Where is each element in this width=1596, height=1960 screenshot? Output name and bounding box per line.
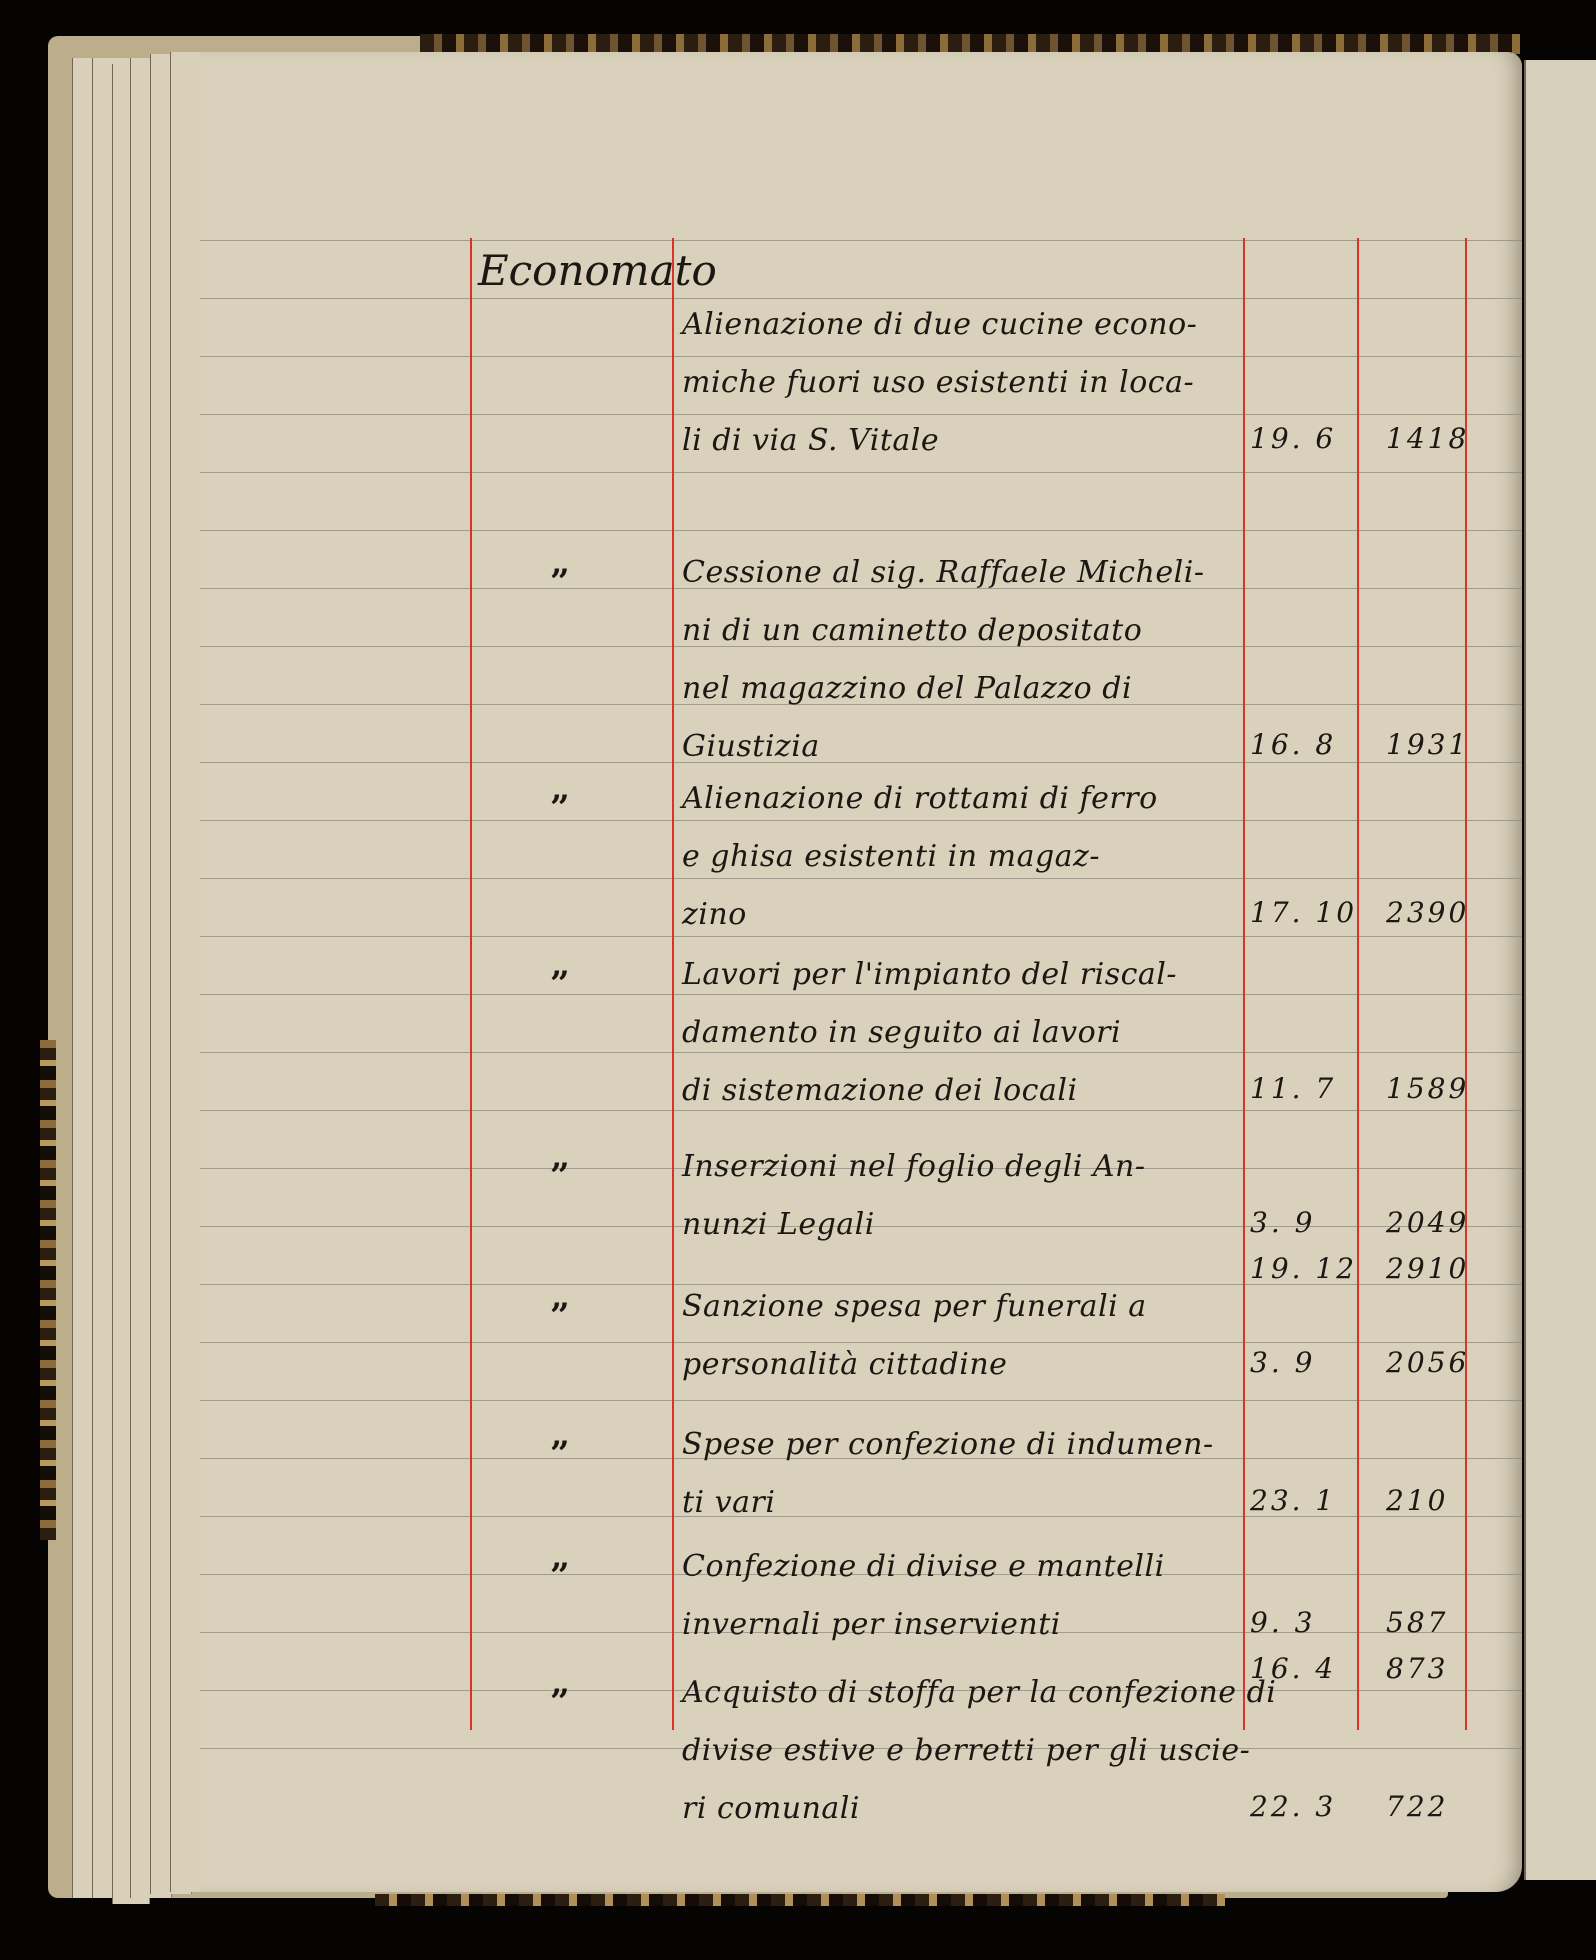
entry-description-line: invernali per inservienti [682,1596,1061,1654]
column-rule [470,238,472,1730]
column-rule [672,238,674,1730]
column-rule [1243,238,1245,1730]
entry-number: 2390 [1386,896,1469,929]
entry-number: 722 [1386,1790,1448,1823]
entry-description-line: Acquisto di stoffa per la confezione di [682,1664,1276,1722]
marbled-edge-bottom [375,1894,1225,1906]
ditto-mark: ” [550,1296,570,1336]
ditto-mark: ” [550,1682,570,1722]
entry-description-line: nel magazzino del Palazzo di [682,660,1132,718]
facing-page [1524,60,1596,1880]
entry-date: 3. 9 [1250,1206,1315,1239]
entry-description-line: Alienazione di rottami di ferro [682,770,1158,828]
entry-number: 587 [1386,1606,1448,1639]
entry-number: 1589 [1386,1072,1469,1105]
marbled-edge-left [40,1040,56,1540]
ditto-mark: ” [550,1434,570,1474]
ruled-line [200,530,1522,531]
entry-date: 3. 9 [1250,1346,1315,1379]
ruled-line [200,240,1522,241]
ruled-line [200,762,1522,763]
ditto-mark: ” [550,562,570,602]
entry-description-line: personalità cittadine [682,1336,1007,1394]
entry-description-line: divise estive e berretti per gli uscie- [682,1722,1250,1780]
ditto-mark: ” [550,1556,570,1596]
entry-description-line: Inserzioni nel foglio degli An- [682,1138,1145,1196]
entry-number: 2910 [1386,1252,1469,1285]
entry-date: 19. 6 [1250,422,1336,455]
entry-description-line: Alienazione di due cucine econo- [682,296,1197,354]
entry-description-line: Spese per confezione di indumen- [682,1416,1214,1474]
ruled-line [200,472,1522,473]
entry-description-line: nunzi Legali [682,1196,875,1254]
entry-description-line: e ghisa esistenti in magaz- [682,828,1100,886]
entry-description-line: ni di un caminetto depositato [682,602,1142,660]
entry-description-line: li di via S. Vitale [682,412,939,470]
entry-date: 11. 7 [1250,1072,1336,1105]
column-rule [1357,238,1359,1730]
entry-date: 9. 3 [1250,1606,1315,1639]
entry-description-line: Sanzione spesa per funerali a [682,1278,1147,1336]
entry-number: 1931 [1386,728,1469,761]
entry-description-line: ri comunali [682,1780,860,1838]
entry-date: 22. 3 [1250,1790,1336,1823]
entry-number: 2049 [1386,1206,1469,1239]
ditto-mark: ” [550,788,570,828]
entry-description-line: Confezione di divise e mantelli [682,1538,1165,1596]
ditto-mark: ” [550,964,570,1004]
entry-description-line: Lavori per l'impianto del riscal- [682,946,1177,1004]
column-rule [1465,238,1467,1730]
section-heading: Economato [478,246,717,295]
entry-description-line: miche fuori uso esistenti in loca- [682,354,1194,412]
entry-number: 1418 [1386,422,1469,455]
entry-description-line: Giustizia [682,718,820,776]
entry-date: 23. 1 [1250,1484,1336,1517]
ditto-mark: ” [550,1156,570,1196]
entry-date: 19. 12 [1250,1252,1357,1285]
ruled-line [200,936,1522,937]
ruled-line [200,1400,1522,1401]
entry-number: 873 [1386,1652,1448,1685]
entry-description-line: di sistemazione dei locali [682,1062,1078,1120]
marbled-edge-top [420,34,1520,54]
entry-description-line: Cessione al sig. Raffaele Micheli- [682,544,1204,602]
entry-date: 17. 10 [1250,896,1357,929]
entry-number: 210 [1386,1484,1448,1517]
entry-description-line: zino [682,886,747,944]
entry-description-line: ti vari [682,1474,775,1532]
entry-number: 2056 [1386,1346,1469,1379]
entry-date: 16. 8 [1250,728,1336,761]
entry-description-line: damento in seguito ai lavori [682,1004,1121,1062]
